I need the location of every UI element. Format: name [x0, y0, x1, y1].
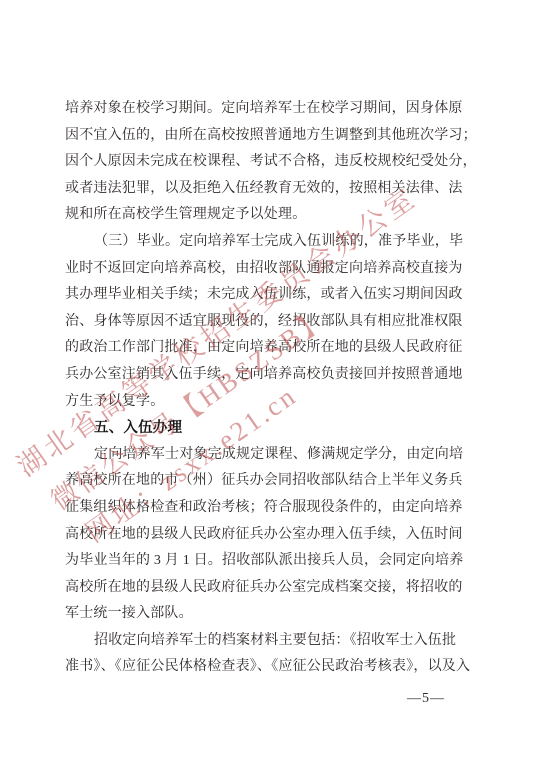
text-line: 其办理毕业相关手续；未完成入伍训练，或者入伍实习期间因政	[65, 282, 475, 309]
text-line: 方生予以复学。	[65, 389, 475, 416]
text-line: 招收定向培养军士的档案材料主要包括：《招收军士入伍批	[65, 628, 475, 655]
text-line: 高校所在地的县级人民政府征兵办公室办理入伍手续，入伍时间	[65, 522, 475, 549]
text-line: 军士统一接入部队。	[65, 601, 475, 628]
text-line: 规和所在高校学生管理规定予以处理。	[65, 202, 475, 229]
page-number: —5—	[407, 691, 445, 707]
text-line: 兵办公室注销其入伍手续，定向培养高校负责接回并按照普通地	[65, 362, 475, 389]
text-line: 高校所在地的县级人民政府征兵办公室完成档案交接，将招收的	[65, 575, 475, 602]
text-line: 征集组织体格检查和政治考核；符合服现役条件的，由定向培养	[65, 495, 475, 522]
text-line: 的政治工作部门批准，由定向培养高校所在地的县级人民政府征	[65, 335, 475, 362]
text-line: （三）毕业。定向培养军士完成入伍训练的，准予毕业，毕	[65, 229, 475, 256]
document-lines: 培养对象在校学习期间。定向培养军士在校学习期间，因身体原因不宜入伍的，由所在高校…	[65, 96, 475, 681]
text-line: 因不宜入伍的，由所在高校按照普通地方生调整到其他班次学习；	[65, 123, 475, 150]
text-line: 为毕业当年的 3 月 1 日。招收部队派出接兵人员，会同定向培养	[65, 548, 475, 575]
text-line: 养高校所在地的市（州）征兵办会同招收部队结合上半年义务兵	[65, 468, 475, 495]
document-page: 湖北省高等学校招生委员会办公室 微信公众号【HBSZSB】 网址：zsxx.e2…	[0, 0, 540, 764]
section-heading: 五、入伍办理	[65, 415, 475, 442]
text-line: 治、身体等原因不适宜服现役的，经招收部队具有相应批准权限	[65, 309, 475, 336]
text-line: 或者违法犯罪，以及拒绝入伍经教育无效的，按照相关法律、法	[65, 176, 475, 203]
text-line: 因个人原因未完成在校课程、考试不合格，违反校规校纪受处分，	[65, 149, 475, 176]
text-line: 定向培养军士对象完成规定课程、修满规定学分，由定向培	[65, 442, 475, 469]
text-line: 业时不返回定向培养高校，由招收部队通报定向培养高校直接为	[65, 256, 475, 283]
text-line: 准书》、《应征公民体格检查表》、《应征公民政治考核表》，以及入	[65, 654, 475, 681]
text-line: 培养对象在校学习期间。定向培养军士在校学习期间，因身体原	[65, 96, 475, 123]
